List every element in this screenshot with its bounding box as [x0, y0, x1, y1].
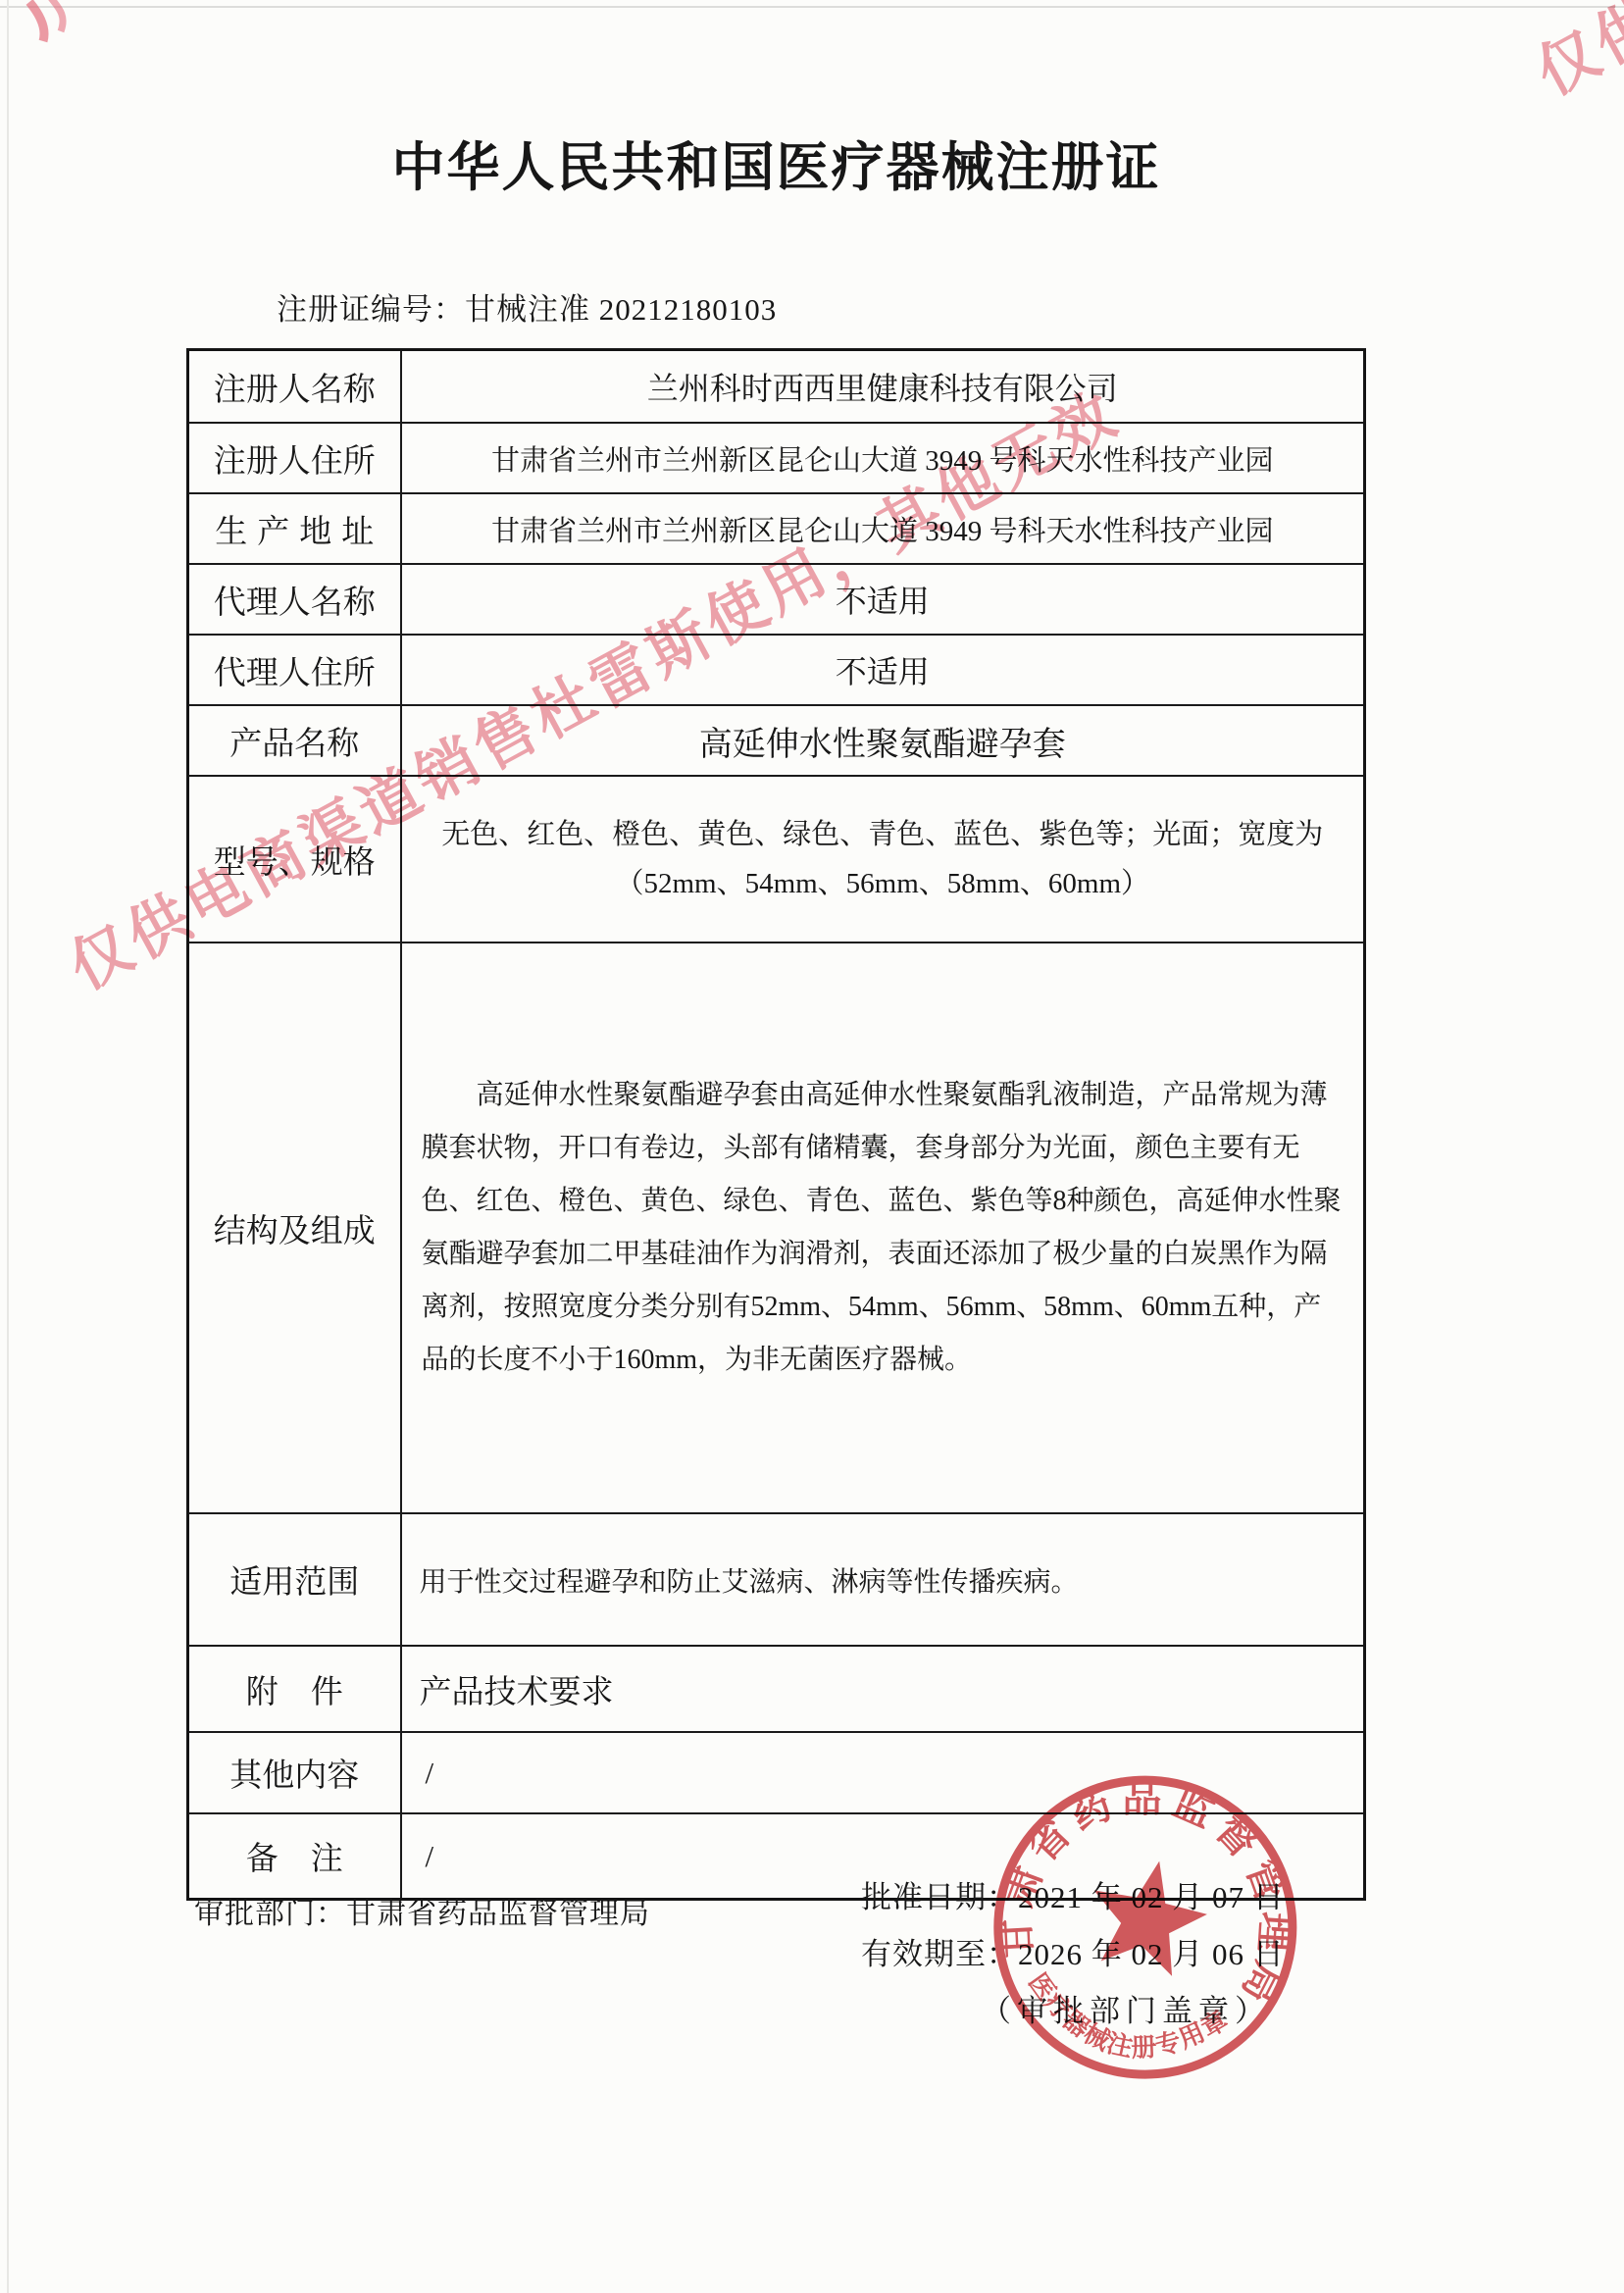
row-label: 产品名称 — [188, 705, 401, 776]
seal-note: （审批部门盖章） — [861, 1983, 1285, 2040]
row-value: 产品技术要求 — [401, 1646, 1365, 1732]
cert-number-line: 注册证编号：甘械注准 20212180103 — [277, 284, 777, 329]
row-label: 其他内容 — [188, 1732, 401, 1813]
approval-date-label: 批准日期： — [861, 1880, 1018, 1914]
valid-until-label: 有效期至： — [861, 1937, 1018, 1971]
table-row: 适用范围用于性交过程避孕和防止艾滋病、淋病等性传播疾病。 — [188, 1513, 1365, 1646]
row-label: 生产地址 — [188, 493, 401, 564]
scan-edge-top — [0, 6, 1624, 8]
row-label: 代理人名称 — [188, 564, 401, 635]
watermark-fragment: 仅供电商渠道销售杜雷斯使用，其他无效 — [1518, 0, 1624, 112]
approval-dates-block: 批准日期：2021 年 02 月 07 日 有效期至：2026 年 02 月 0… — [861, 1869, 1285, 2040]
row-value: 甘肃省兰州市兰州新区昆仑山大道 3949 号科天水性科技产业园 — [401, 493, 1365, 564]
cert-number-label: 注册证编号： — [277, 292, 465, 327]
row-value: 不适用 — [401, 564, 1365, 635]
table-row: 注册人名称兰州科时西西里健康科技有限公司 — [188, 350, 1365, 424]
row-label: 附 件 — [188, 1646, 401, 1732]
approval-date-line: 批准日期：2021 年 02 月 07 日 — [861, 1869, 1285, 1926]
row-value: 用于性交过程避孕和防止艾滋病、淋病等性传播疾病。 — [401, 1513, 1365, 1646]
row-value: 高延伸水性聚氨酯避孕套由高延伸水性聚氨酯乳液制造，产品常规为薄膜套状物，开口有卷… — [401, 943, 1365, 1513]
row-value-line: 无色、红色、橙色、黄色、绿色、青色、蓝色、紫色等；光面；宽度为 — [412, 810, 1354, 859]
scan-edge-left — [7, 0, 9, 2293]
valid-until-line: 有效期至：2026 年 02 月 06 日 — [861, 1926, 1285, 1983]
table-row: 结构及组成高延伸水性聚氨酯避孕套由高延伸水性聚氨酯乳液制造，产品常规为薄膜套状物… — [188, 943, 1365, 1513]
row-value-line: （52mm、54mm、56mm、58mm、60mm） — [412, 859, 1354, 908]
approval-date-value: 2021 年 02 月 07 日 — [1018, 1880, 1285, 1914]
table-row: 生产地址甘肃省兰州市兰州新区昆仑山大道 3949 号科天水性科技产业园 — [188, 493, 1365, 564]
page-title: 中华人民共和国医疗器械注册证 — [186, 126, 1366, 201]
certificate-page: 中华人民共和国医疗器械注册证 注册证编号：甘械注准 20212180103 注册… — [0, 0, 1624, 2293]
table-row: 产品名称高延伸水性聚氨酯避孕套 — [188, 705, 1365, 776]
table-row: 附 件产品技术要求 — [188, 1646, 1365, 1732]
approval-dept-line: 审批部门：甘肃省药品监督管理局 — [194, 1889, 650, 1932]
row-value: 无色、红色、橙色、黄色、绿色、青色、蓝色、紫色等；光面；宽度为（52mm、54m… — [401, 776, 1365, 943]
table-row: 型号、规格无色、红色、橙色、黄色、绿色、青色、蓝色、紫色等；光面；宽度为（52m… — [188, 776, 1365, 943]
red-mark-fragment — [18, 0, 86, 53]
row-label: 注册人名称 — [188, 350, 401, 424]
valid-until-value: 2026 年 02 月 06 日 — [1018, 1937, 1285, 1971]
table-row: 注册人住所甘肃省兰州市兰州新区昆仑山大道 3949 号科天水性科技产业园 — [188, 423, 1365, 493]
certificate-table: 注册人名称兰州科时西西里健康科技有限公司注册人住所甘肃省兰州市兰州新区昆仑山大道… — [186, 348, 1366, 1901]
row-value: / — [401, 1732, 1365, 1813]
table-row: 代理人住所不适用 — [188, 635, 1365, 705]
approval-dept-value: 甘肃省药品监督管理局 — [346, 1898, 650, 1930]
row-label: 结构及组成 — [188, 943, 401, 1513]
row-value: 高延伸水性聚氨酯避孕套 — [401, 705, 1365, 776]
row-label: 注册人住所 — [188, 423, 401, 493]
row-label: 型号、规格 — [188, 776, 401, 943]
approval-dept-label: 审批部门： — [194, 1898, 346, 1930]
table-row: 其他内容/ — [188, 1732, 1365, 1813]
table-row: 代理人名称不适用 — [188, 564, 1365, 635]
row-value: 甘肃省兰州市兰州新区昆仑山大道 3949 号科天水性科技产业园 — [401, 423, 1365, 493]
cert-table-body: 注册人名称兰州科时西西里健康科技有限公司注册人住所甘肃省兰州市兰州新区昆仑山大道… — [188, 350, 1365, 1900]
cert-number-value: 甘械注准 20212180103 — [465, 292, 777, 327]
row-label: 适用范围 — [188, 1513, 401, 1646]
row-value: 不适用 — [401, 635, 1365, 705]
row-label: 备 注 — [188, 1813, 401, 1900]
row-value: 兰州科时西西里健康科技有限公司 — [401, 350, 1365, 424]
row-label: 代理人住所 — [188, 635, 401, 705]
